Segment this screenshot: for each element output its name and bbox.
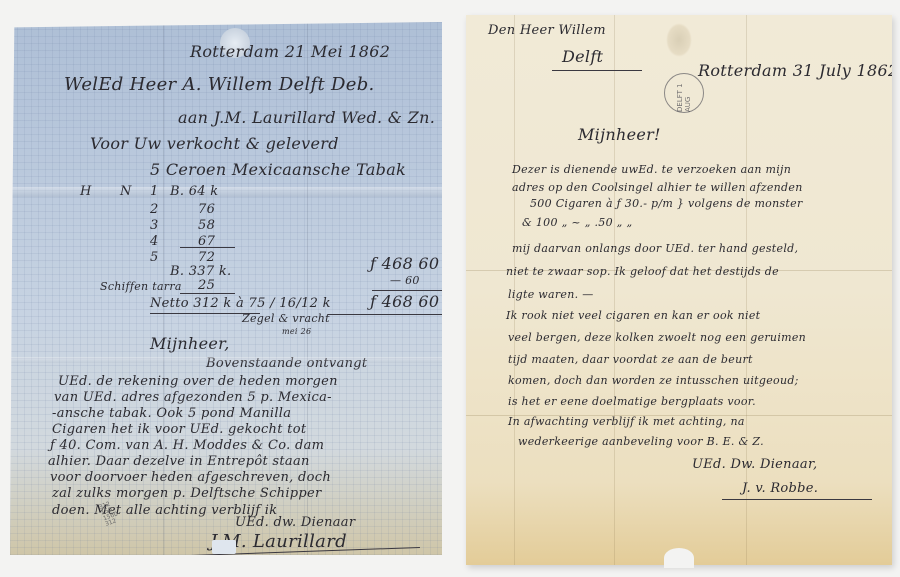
body-line: veel bergen, deze kolken zwoelt nog een … xyxy=(508,331,806,344)
body-line: niet te zwaar sop. Ik geloof dat het des… xyxy=(506,265,779,278)
salutation: Mijnheer! xyxy=(578,125,661,144)
addressee-line: WelEd Heer A. Willem Delft Deb. xyxy=(64,74,375,95)
body-line: Ik rook niet veel cigaren en kan er ook … xyxy=(506,309,760,322)
item-weight: B. 64 k xyxy=(170,184,218,199)
body-line: & 100 „ ~ „ .50 „ „ xyxy=(522,216,632,229)
body-line: Bovenstaande ontvangt xyxy=(206,356,367,371)
item-no: 5 xyxy=(150,250,159,265)
signature: J. v. Robbe. xyxy=(742,481,818,496)
paper-tear xyxy=(664,548,694,568)
item-no: 3 xyxy=(150,218,159,233)
item-prefix: N xyxy=(120,184,132,199)
tare-label: Schiffen tarra xyxy=(100,280,182,293)
body-line: In afwachting verblijf ik met achting, n… xyxy=(508,415,745,428)
item-weight: 58 xyxy=(198,218,215,233)
sum-rule xyxy=(180,247,235,248)
postmark-text: DELFT 1 AUG xyxy=(676,74,692,112)
amount-subtotal: ƒ 468 60 xyxy=(370,254,439,273)
body-line: adres op den Coolsingel alhier te willen… xyxy=(512,181,803,194)
body-line: tijd maaten, daar voordat ze aan de beur… xyxy=(508,353,753,366)
place-date: Rotterdam 31 July 1862. xyxy=(698,61,892,80)
body-line: voor doorvoer heden afgeschreven, doch xyxy=(50,470,331,485)
creditor-line: aan J.M. Laurillard Wed. & Zn. xyxy=(178,108,435,127)
seal-mark xyxy=(666,23,692,57)
item-weight: 76 xyxy=(198,202,215,217)
net-line: Netto 312 k à 75 / 16/12 k xyxy=(150,296,331,311)
left-letter-invoice: Rotterdam 21 Mei 1862 WelEd Heer A. Will… xyxy=(10,22,442,555)
closing: UEd. dw. Dienaar xyxy=(235,515,355,530)
item-no: 4 xyxy=(150,234,159,249)
address-line-2: Delft xyxy=(562,47,603,66)
body-line: -ansche tabak. Ook 5 pond Manilla xyxy=(52,406,291,421)
body-line: komen, doch dan worden ze intusschen uit… xyxy=(508,374,799,387)
right-letter-cigar-order: Den Heer Willem Delft DELFT 1 AUG Rotter… xyxy=(466,15,892,565)
amount-deduction: — 60 xyxy=(390,274,420,287)
item-no: 1 xyxy=(150,184,159,199)
closing: UEd. Dw. Dienaar, xyxy=(692,457,817,472)
margin-note: mei 26 xyxy=(282,327,311,336)
amount-total: ƒ 468 60 xyxy=(370,292,439,311)
goods-line: 5 Ceroen Mexicaansche Tabak xyxy=(150,160,406,179)
body-line: UEd. de rekening over de heden morgen xyxy=(58,374,338,389)
fold-line xyxy=(614,15,615,565)
body-line: alhier. Daar dezelve in Entrepôt staan xyxy=(48,454,310,469)
body-line: van UEd. adres afgezonden 5 p. Mexica- xyxy=(54,390,332,405)
body-line: wederkeerige aanbeveling voor B. E. & Z. xyxy=(518,435,764,448)
item-weight: 72 xyxy=(198,250,215,265)
gross-total: B. 337 k. xyxy=(170,264,231,279)
body-line: 500 Cigaren à ƒ 30.- p/m } volgens de mo… xyxy=(530,197,803,210)
stamp-note: Zegel & vracht xyxy=(242,312,330,325)
body-line: mij daarvan onlangs door UEd. ter hand g… xyxy=(512,242,798,255)
signature-underline xyxy=(722,499,872,500)
place-date: Rotterdam 21 Mei 1862 xyxy=(190,42,390,61)
amount-rule xyxy=(372,290,442,291)
address-underline xyxy=(552,70,642,71)
mark-letter: H xyxy=(80,184,92,199)
body-line: ƒ 40. Com. van A. H. Moddes & Co. dam xyxy=(50,438,324,453)
body-line: Cigaren het ik voor UEd. gekocht tot xyxy=(52,422,306,437)
tare-value: 25 xyxy=(198,278,215,293)
intro-line: Voor Uw verkocht & geleverd xyxy=(90,134,339,153)
body-line: Dezer is dienende uwEd. te verzoeken aan… xyxy=(512,163,791,176)
address-line-1: Den Heer Willem xyxy=(488,23,606,38)
paper-tear xyxy=(212,540,236,554)
sum-rule xyxy=(180,293,235,294)
salutation: Mijnheer, xyxy=(150,334,230,353)
body-line: ligte waren. — xyxy=(508,288,594,301)
body-line: is het er eene doelmatige bergplaats voo… xyxy=(508,395,756,408)
amount-total-rule xyxy=(328,314,442,315)
item-no: 2 xyxy=(150,202,159,217)
body-line: zal zulks morgen p. Delftsche Schipper xyxy=(52,486,322,501)
